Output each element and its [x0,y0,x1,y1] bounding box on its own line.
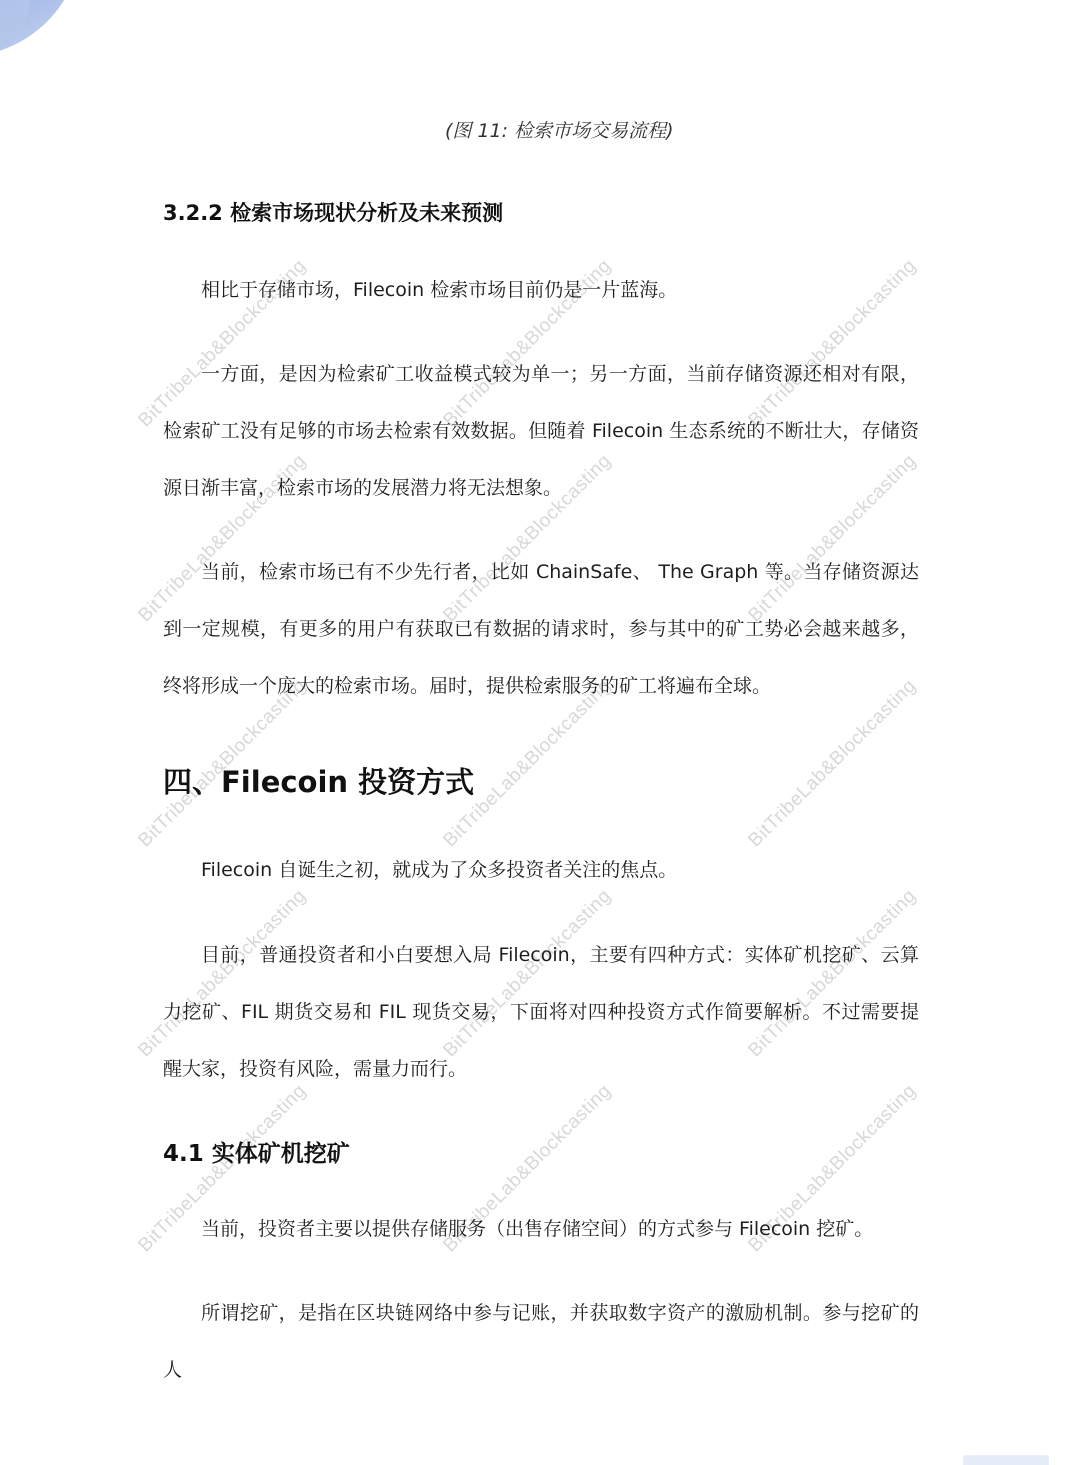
paragraph: 相比于存储市场，Filecoin 检索市场目前仍是一片蓝海。 [163,262,919,319]
section-heading-3-2-2: 3.2.2 检索市场现状分析及未来预测 [163,197,503,227]
figure-caption: (图 11: 检索市场交易流程) [445,116,673,143]
paragraph: 当前，检索市场已有不少先行者，比如 ChainSafe、 The Graph 等… [163,544,919,715]
paragraph: 一方面，是因为检索矿工收益模式较为单一；另一方面，当前存储资源还相对有限，检索矿… [163,346,919,517]
chapter-heading-4: 四、Filecoin 投资方式 [163,760,474,801]
paragraph: 当前，投资者主要以提供存储服务（出售存储空间）的方式参与 Filecoin 挖矿… [163,1201,919,1258]
paragraph: Filecoin 自诞生之初，就成为了众多投资者关注的焦点。 [163,842,919,899]
paragraph: 目前，普通投资者和小白要想入局 Filecoin，主要有四种方式：实体矿机挖矿、… [163,927,919,1098]
paragraph: 所谓挖矿，是指在区块链网络中参与记账，并获取数字资产的激励机制。参与挖矿的人 [163,1285,919,1399]
page-footer-tab [963,1455,1049,1465]
section-heading-4-1: 4.1 实体矿机挖矿 [163,1135,350,1168]
